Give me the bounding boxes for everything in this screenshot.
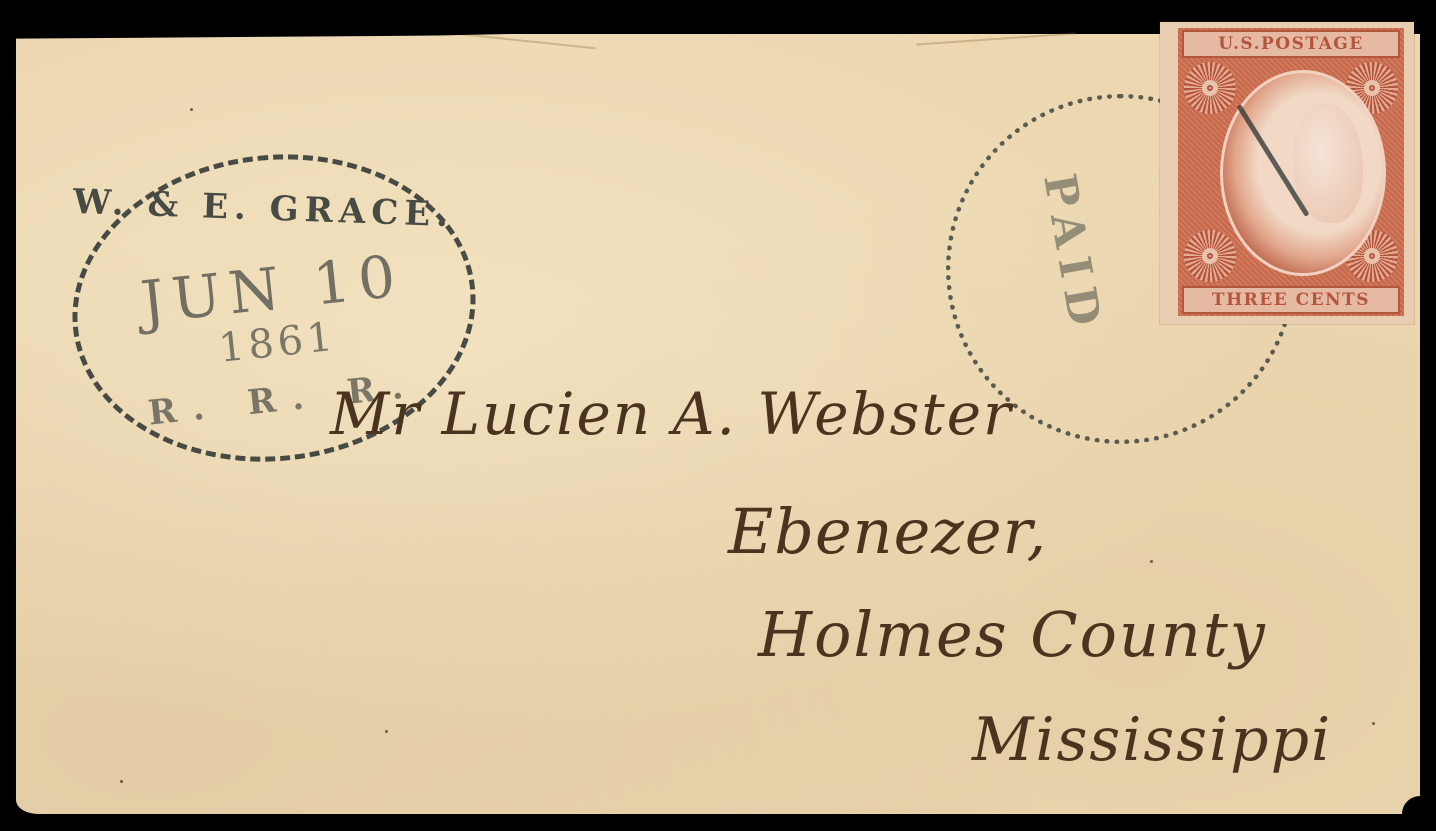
paper-speck: [190, 108, 193, 111]
stamp-top-label: U.S.POSTAGE: [1182, 30, 1400, 58]
stamp-frame: U.S.POSTAGE THREE CENTS: [1178, 28, 1404, 316]
paper-speck: [1372, 722, 1375, 725]
paper-speck: [1150, 560, 1153, 563]
address-town: Ebenezer,: [728, 495, 1047, 568]
rosette-icon: [1184, 230, 1236, 282]
paper-speck: [120, 780, 123, 783]
paper-crease: [916, 32, 1076, 45]
address-county: Holmes County: [758, 598, 1267, 671]
rounded-corner: [1402, 796, 1420, 814]
paper-crease: [456, 33, 595, 50]
address-recipient: Mr Lucien A. Webster: [330, 380, 1013, 448]
stamp-bottom-label: THREE CENTS: [1182, 286, 1400, 314]
address-state: Mississippi: [972, 705, 1332, 775]
postmark-text: PAID: [1033, 170, 1111, 339]
postage-stamp: U.S.POSTAGE THREE CENTS: [1160, 22, 1414, 324]
rosette-icon: [1184, 62, 1236, 114]
portrait-oval: [1220, 70, 1386, 276]
paper-speck: [385, 730, 388, 733]
handstamp-top-text: W. & E. GRACE.: [66, 182, 461, 236]
